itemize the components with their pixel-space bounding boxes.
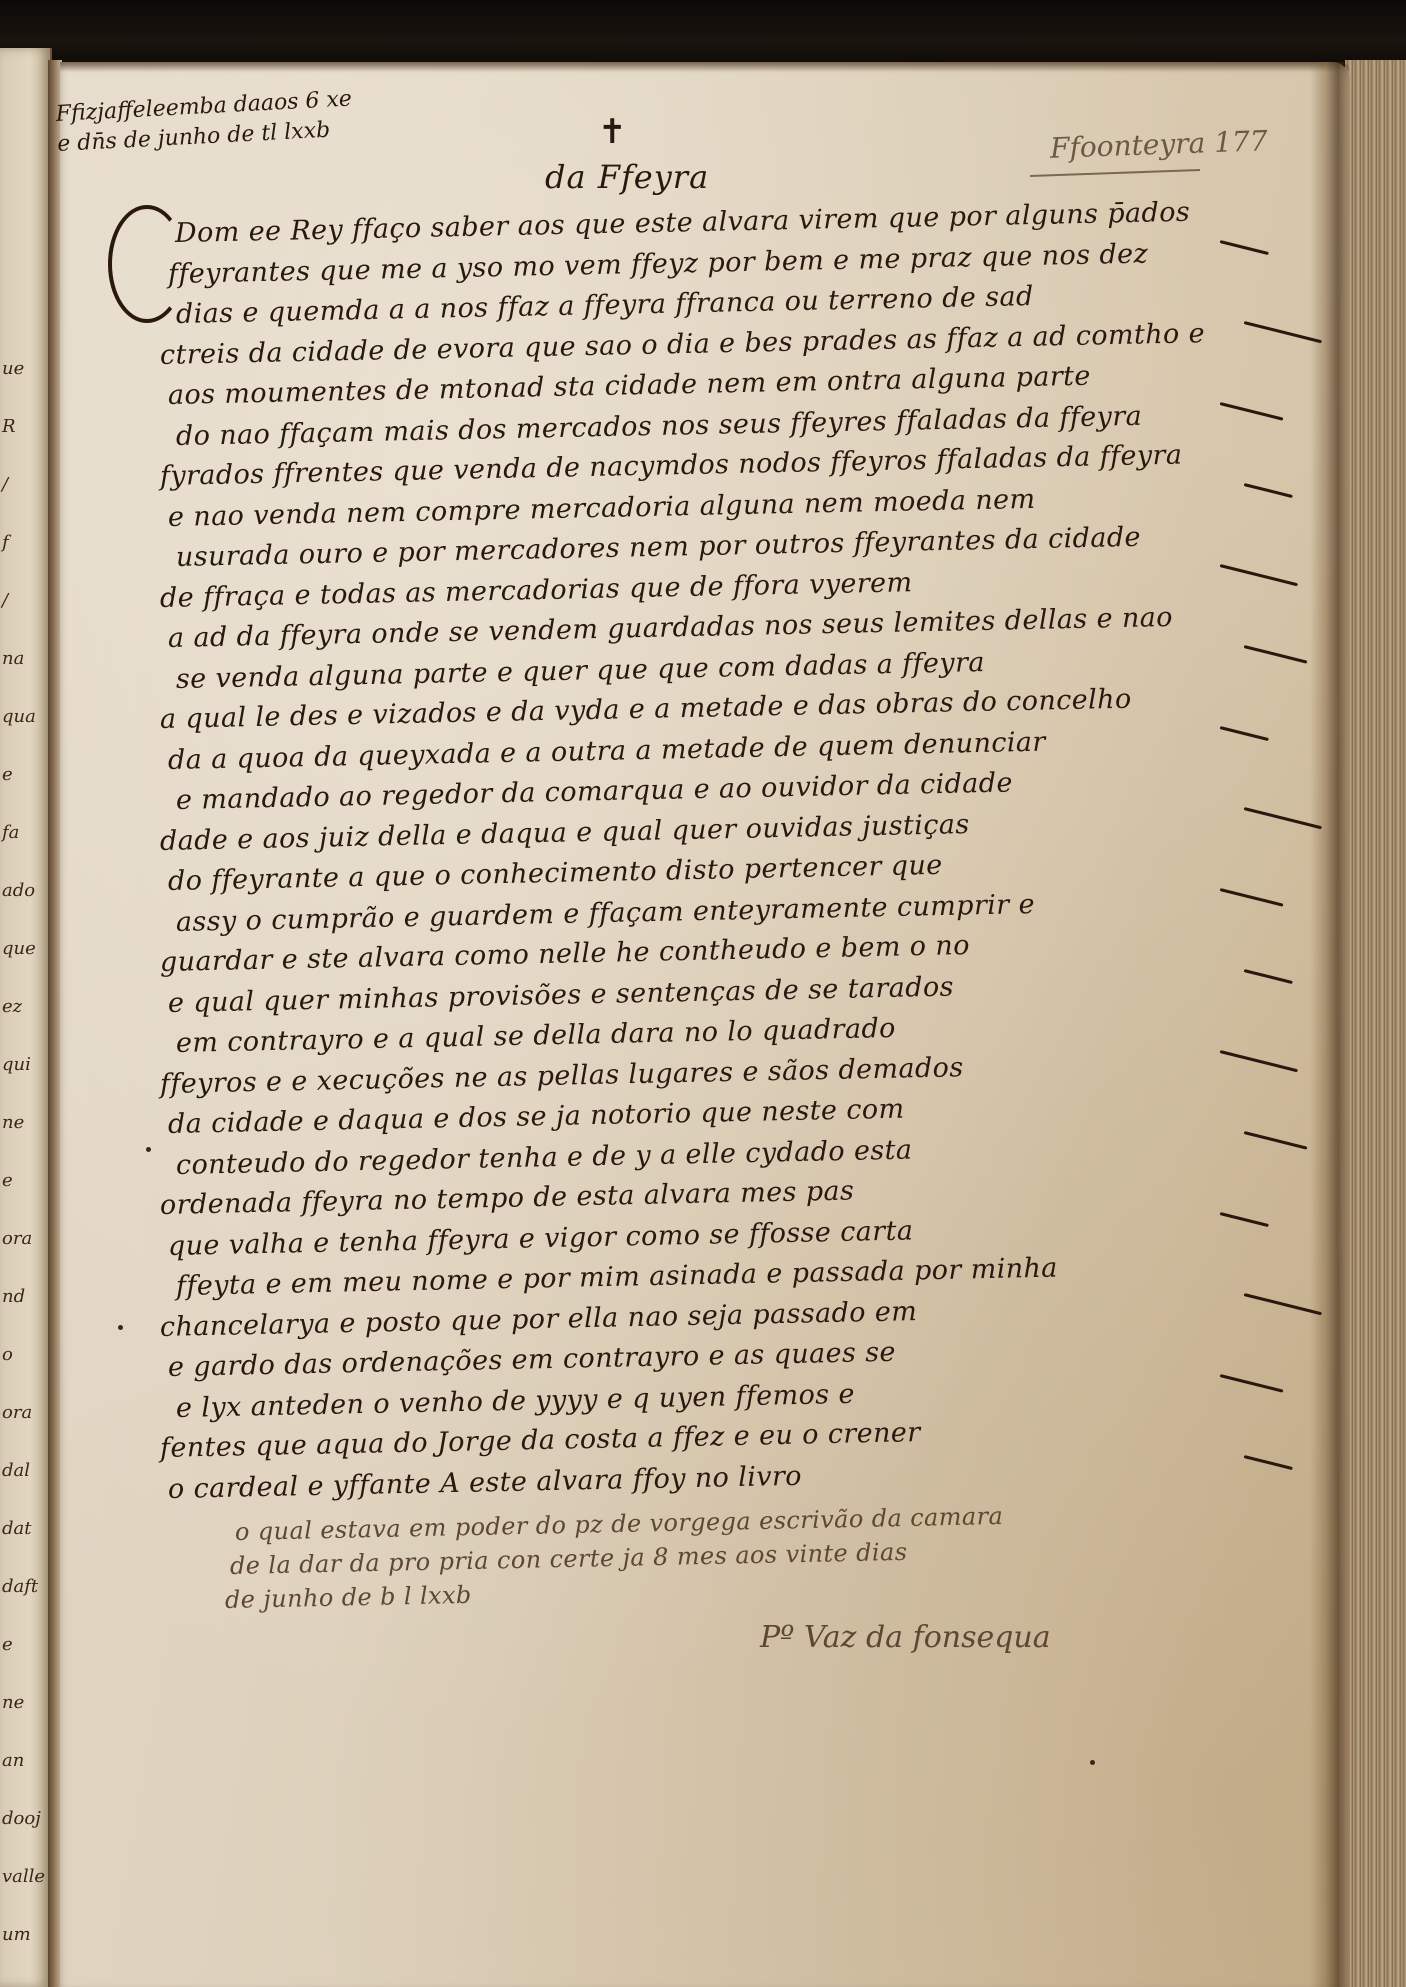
left-page-fragment: dal <box>2 1460 30 1481</box>
left-page-fragment: ez <box>2 996 22 1017</box>
left-page-fragment: ora <box>2 1228 32 1249</box>
left-page-fragment: ne <box>2 1692 24 1713</box>
manuscript-photograph: ueR/f/naquaefaadoqueezquineeorandooradal… <box>0 0 1406 1987</box>
notary-signature: Pº Vaz da fonsequa <box>760 1620 1051 1655</box>
left-page-fragment: fa <box>2 822 19 843</box>
left-page-fragment: / <box>2 590 8 611</box>
left-page-fragment: / <box>2 474 8 495</box>
page-block-edges <box>1345 60 1406 1987</box>
page-right-edge <box>1310 62 1350 1987</box>
cross-icon: ✝ <box>598 112 627 152</box>
left-page-fragment: ora <box>2 1402 32 1423</box>
left-page-fragment: nd <box>2 1286 25 1307</box>
left-page-fragment: dat <box>2 1518 32 1539</box>
left-page-fragment: e <box>2 1634 13 1655</box>
document-title: da Ffeyra <box>545 158 709 196</box>
left-page-fragment: o <box>2 1344 13 1365</box>
left-page-fragment: ue <box>2 358 24 379</box>
left-page-fragment: qua <box>2 706 36 727</box>
left-page-fragment: an <box>2 1750 24 1771</box>
ink-dot <box>118 1325 123 1330</box>
left-page-fragment: R <box>2 416 16 437</box>
left-page-fragment: e <box>2 1170 13 1191</box>
left-page-fragment: e <box>2 764 13 785</box>
left-page-fragment: que <box>2 938 36 959</box>
ink-dot <box>1090 1760 1095 1765</box>
left-page-fragment: um <box>2 1924 31 1945</box>
left-page-fragment: f <box>2 532 9 553</box>
left-page-fragment: na <box>2 648 24 669</box>
left-page-fragment: daft <box>2 1576 38 1597</box>
left-page-fragment: valle <box>2 1866 45 1887</box>
page-top-shadow <box>60 62 1350 72</box>
left-facing-page: ueR/f/naquaefaadoqueezquineeorandooradal… <box>0 48 52 1987</box>
left-page-fragment: qui <box>2 1054 31 1075</box>
left-page-fragment: ado <box>2 880 35 901</box>
annotation-line: de junho de b l lxxb <box>225 1581 472 1614</box>
left-page-fragment: ne <box>2 1112 24 1133</box>
ink-dot <box>146 1147 151 1152</box>
left-page-fragment: dooj <box>2 1808 41 1829</box>
